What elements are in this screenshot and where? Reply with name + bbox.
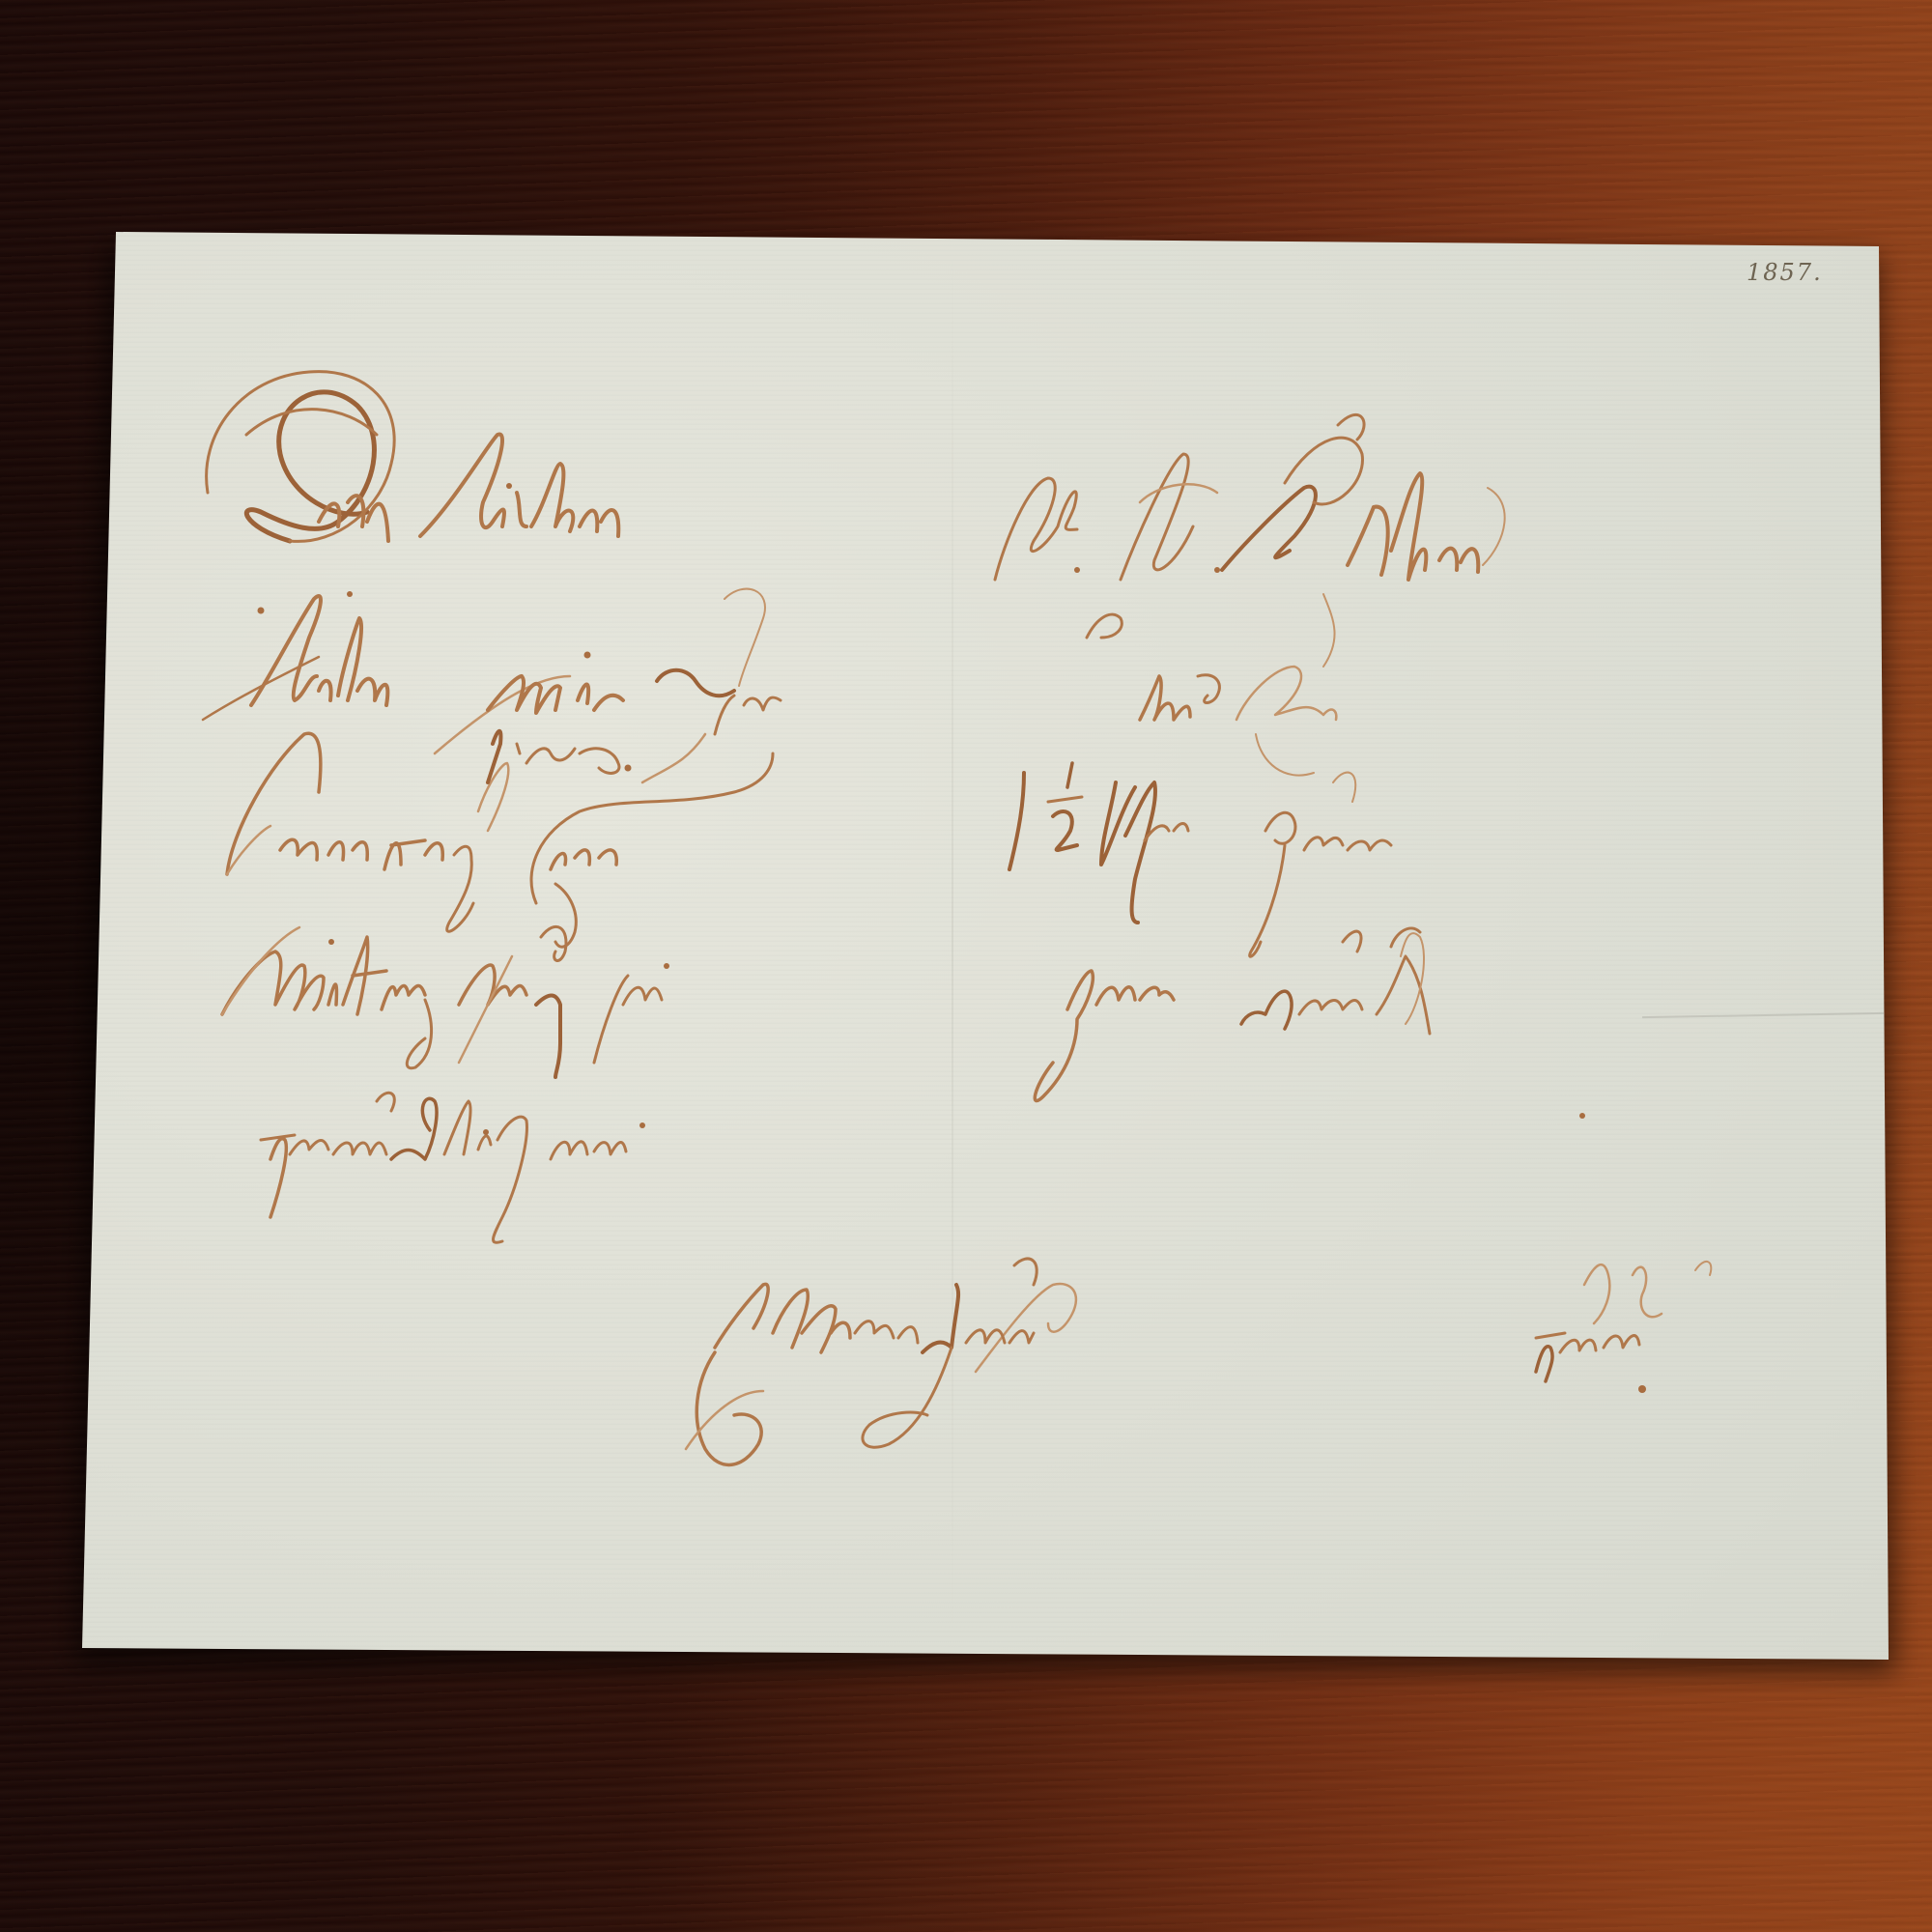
handwriting-line-1-continued: [995, 414, 1505, 580]
handwriting-signature: [686, 1259, 1711, 1464]
handwriting-line-2: [203, 589, 1336, 776]
handwriting-line-3: [227, 731, 1391, 956]
handwriting-line-1: [207, 372, 619, 542]
handwritten-text: [0, 0, 1932, 1932]
handwriting-line-4: [222, 926, 1430, 1100]
handwriting-line-5: [261, 1093, 1585, 1242]
